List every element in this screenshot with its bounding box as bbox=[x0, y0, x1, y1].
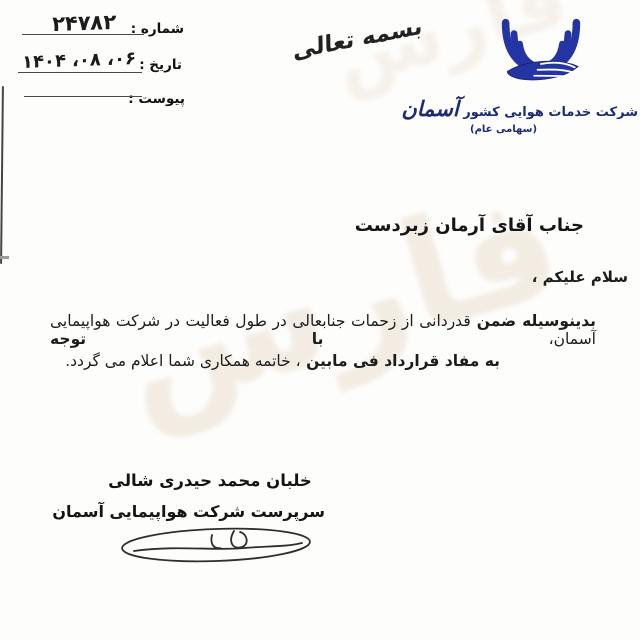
attachment-label: پیوست : bbox=[128, 91, 185, 107]
scan-artifact-line bbox=[0, 86, 4, 264]
bird-logo-icon bbox=[482, 10, 600, 96]
company-name-brand: آسمان bbox=[401, 97, 458, 121]
signatory-title: سرپرست شرکت هواپیمایی آسمان bbox=[95, 502, 325, 521]
signatory-name: خلبان محمد حیدری شالی bbox=[100, 471, 320, 490]
company-name: شرکت خدمات هوایی کشور آسمان bbox=[408, 97, 638, 121]
attachment-line bbox=[24, 96, 142, 97]
body-line-1: بدینوسیله ضمن قدردانی از زحمات جنابعالی … bbox=[50, 312, 596, 348]
company-share-type: (سهامی عام) bbox=[470, 124, 537, 135]
date-label: تاریخ : bbox=[139, 57, 182, 73]
besmele-calligraphy: بسمه تعالی bbox=[293, 13, 423, 65]
ref-number-line bbox=[22, 34, 144, 35]
greeting-line: سلام علیکم ، bbox=[532, 268, 628, 286]
recipient-line: جناب آقای آرمان زبردست bbox=[355, 215, 584, 236]
company-name-prefix: شرکت خدمات هوایی کشور bbox=[463, 105, 638, 120]
date-value: ۱۴۰۴ ،۰۸ ،۰۶ bbox=[18, 48, 141, 73]
date-line bbox=[18, 72, 142, 73]
signature-scribble-icon bbox=[116, 521, 316, 569]
scan-artifact-tick bbox=[0, 256, 9, 259]
body-line-2: به مفاد قرارداد فی مابین ، خاتمه همکاری … bbox=[65, 352, 500, 370]
ref-number-value: ۲۴۷۸۲ bbox=[28, 9, 141, 37]
watermark-text: فارس bbox=[100, 157, 579, 448]
document-page: { "document": { "header": { "number_labe… bbox=[0, 0, 640, 640]
